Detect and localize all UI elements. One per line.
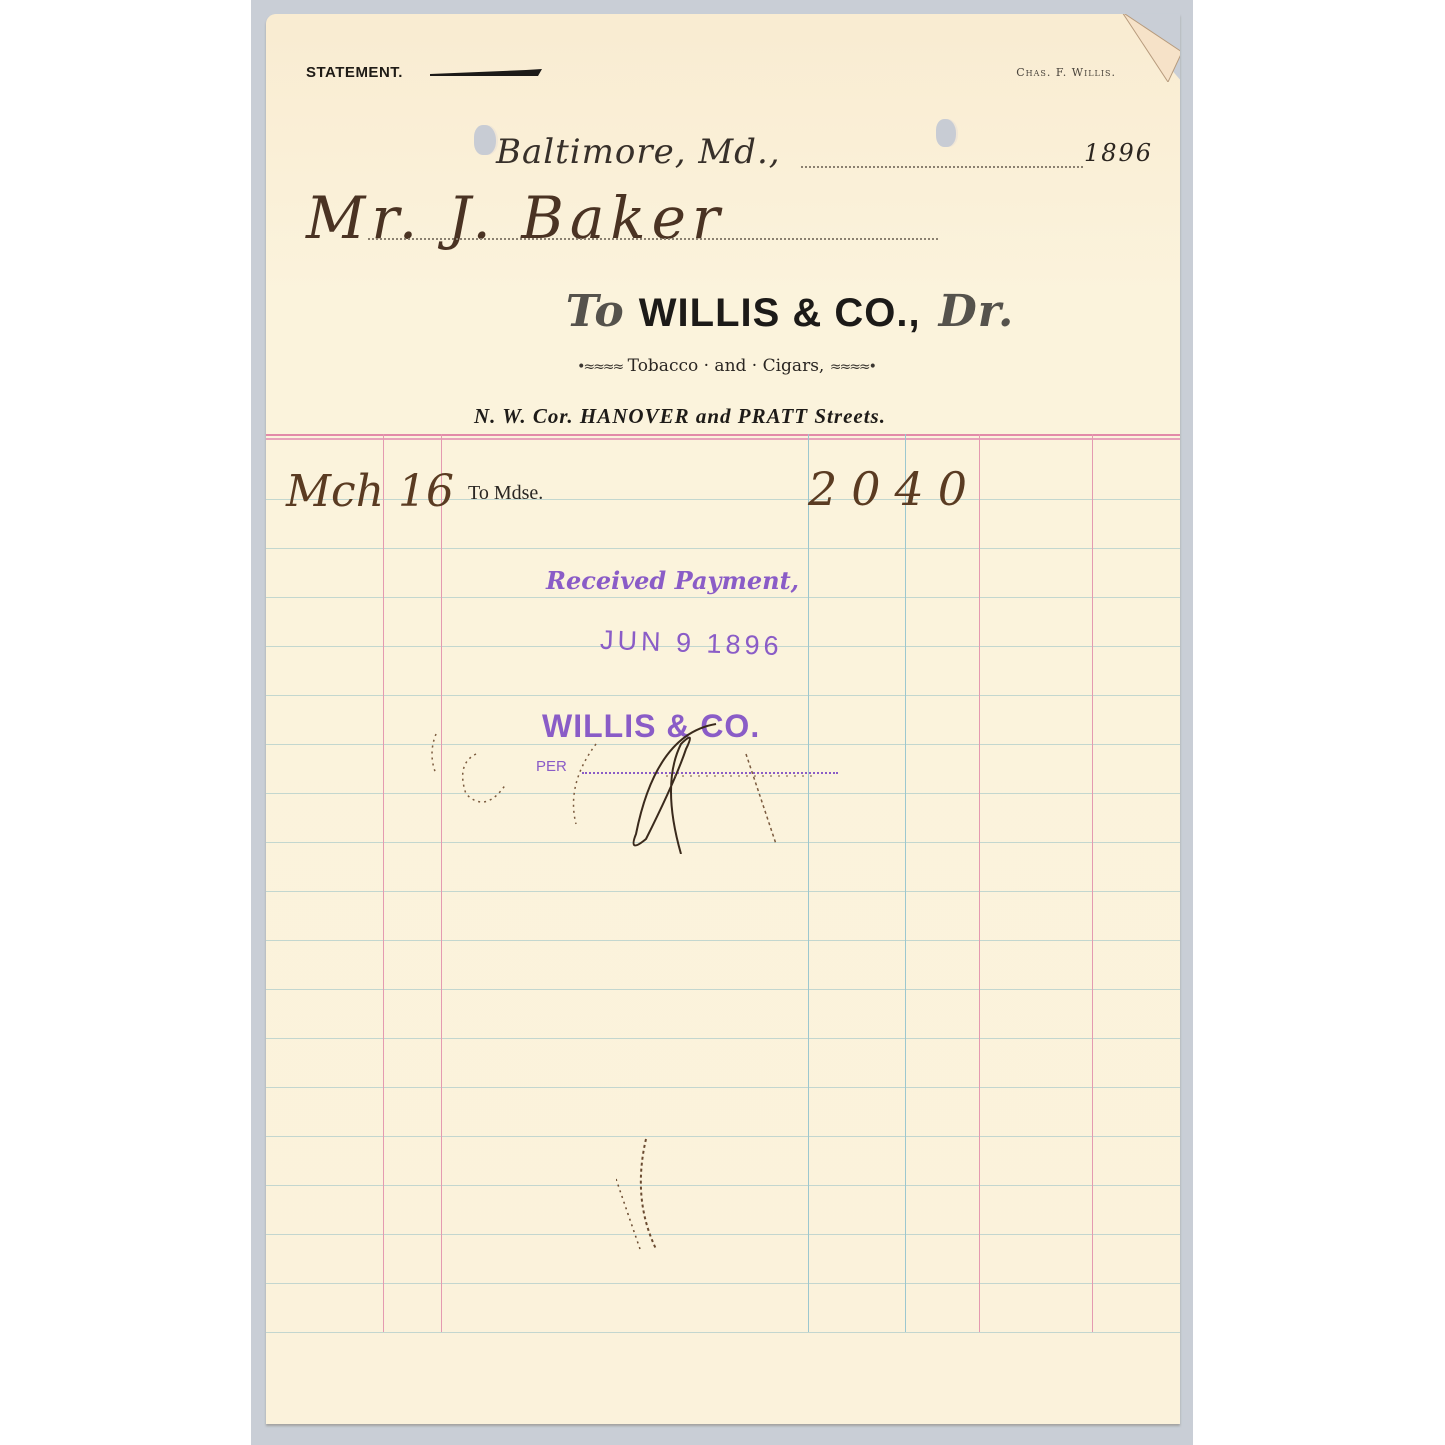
faint-signature-icon [616,1134,676,1264]
firm-name: WILLIS & CO., [639,291,921,335]
dr-label: Dr. [939,286,1015,337]
column-rule [1092,434,1093,1332]
city-line: Baltimore, Md., [496,132,781,172]
column-rule [979,434,980,1332]
date-dotted-line [801,166,1083,168]
proprietor-name: Chas. F. Willis. [1016,66,1116,79]
stamp-date: JUN 9 1896 [600,625,784,662]
statement-label: STATEMENT. [306,64,403,81]
punch-hole [474,125,496,155]
customer-name: Mr. J. Baker [306,184,726,252]
signature-icon [416,714,856,854]
header-double-rule [266,434,1180,436]
customer-dotted-line [368,238,938,240]
entry-amount: 2040 [808,462,981,516]
flourish-right-icon: ≈≈≈≈• [830,359,875,375]
column-rule [383,434,384,1332]
year: 1896 [1084,139,1153,167]
stamp-received-payment: Received Payment, [546,566,799,595]
to-label: To [566,286,625,337]
statement-rule [430,69,542,76]
statement-document: STATEMENT. Chas. F. Willis. Baltimore, M… [266,14,1180,1424]
column-rule [905,434,906,1332]
column-rule [808,434,809,1332]
trade-line: •≈≈≈≈ Tobacco · and · Cigars, ≈≈≈≈• [536,356,916,376]
punch-hole [936,119,956,147]
entry-description: To Mdse. [468,482,543,505]
entry-date: Mch 16 [286,466,454,517]
trade-text: Tobacco · and · Cigars, [628,356,825,376]
folded-corner-icon [1122,14,1180,82]
column-rule [441,434,442,1332]
address: N. W. Cor. HANOVER and PRATT Streets. [474,404,886,429]
firm-heading: ToWILLIS & CO.,Dr. [430,286,1150,337]
flourish-left-icon: •≈≈≈≈ [577,359,622,375]
